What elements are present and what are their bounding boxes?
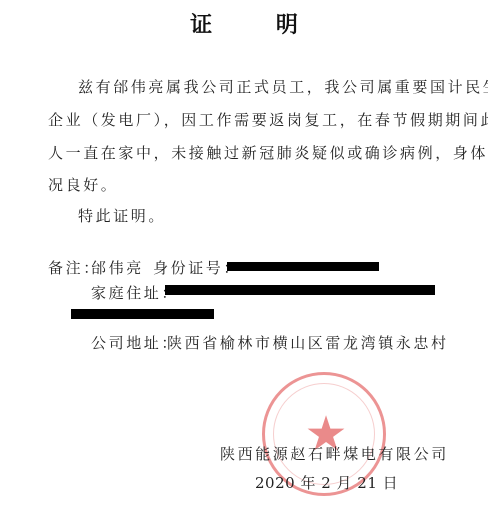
employee-name: 邰伟亮: [91, 257, 144, 278]
body-line-1: 兹有邰伟亮属我公司正式员工，我公司属重要国计民生: [78, 76, 488, 97]
redacted-id-number: [227, 262, 379, 271]
body-line-4: 况良好。: [48, 174, 118, 195]
signature-company: 陕西能源赵石畔煤电有限公司: [220, 443, 449, 464]
redacted-home-address-1: [165, 285, 435, 295]
signature-date: 2020 年 2 月 21 日: [255, 472, 398, 493]
company-address: 陕西省榆林市横山区雷龙湾镇永忠村: [167, 332, 449, 353]
document-title: 证 明: [0, 8, 488, 39]
company-address-label: 公司地址：: [91, 332, 179, 353]
closing-text: 特此证明。: [78, 205, 166, 226]
body-line-3: 人一直在家中，未接触过新冠肺炎疑似或确诊病例，身体状: [48, 142, 488, 163]
body-line-2: 企业（发电厂），因工作需要返岗复工，在春节假期期间此: [48, 109, 488, 130]
redacted-home-address-2: [71, 309, 214, 319]
